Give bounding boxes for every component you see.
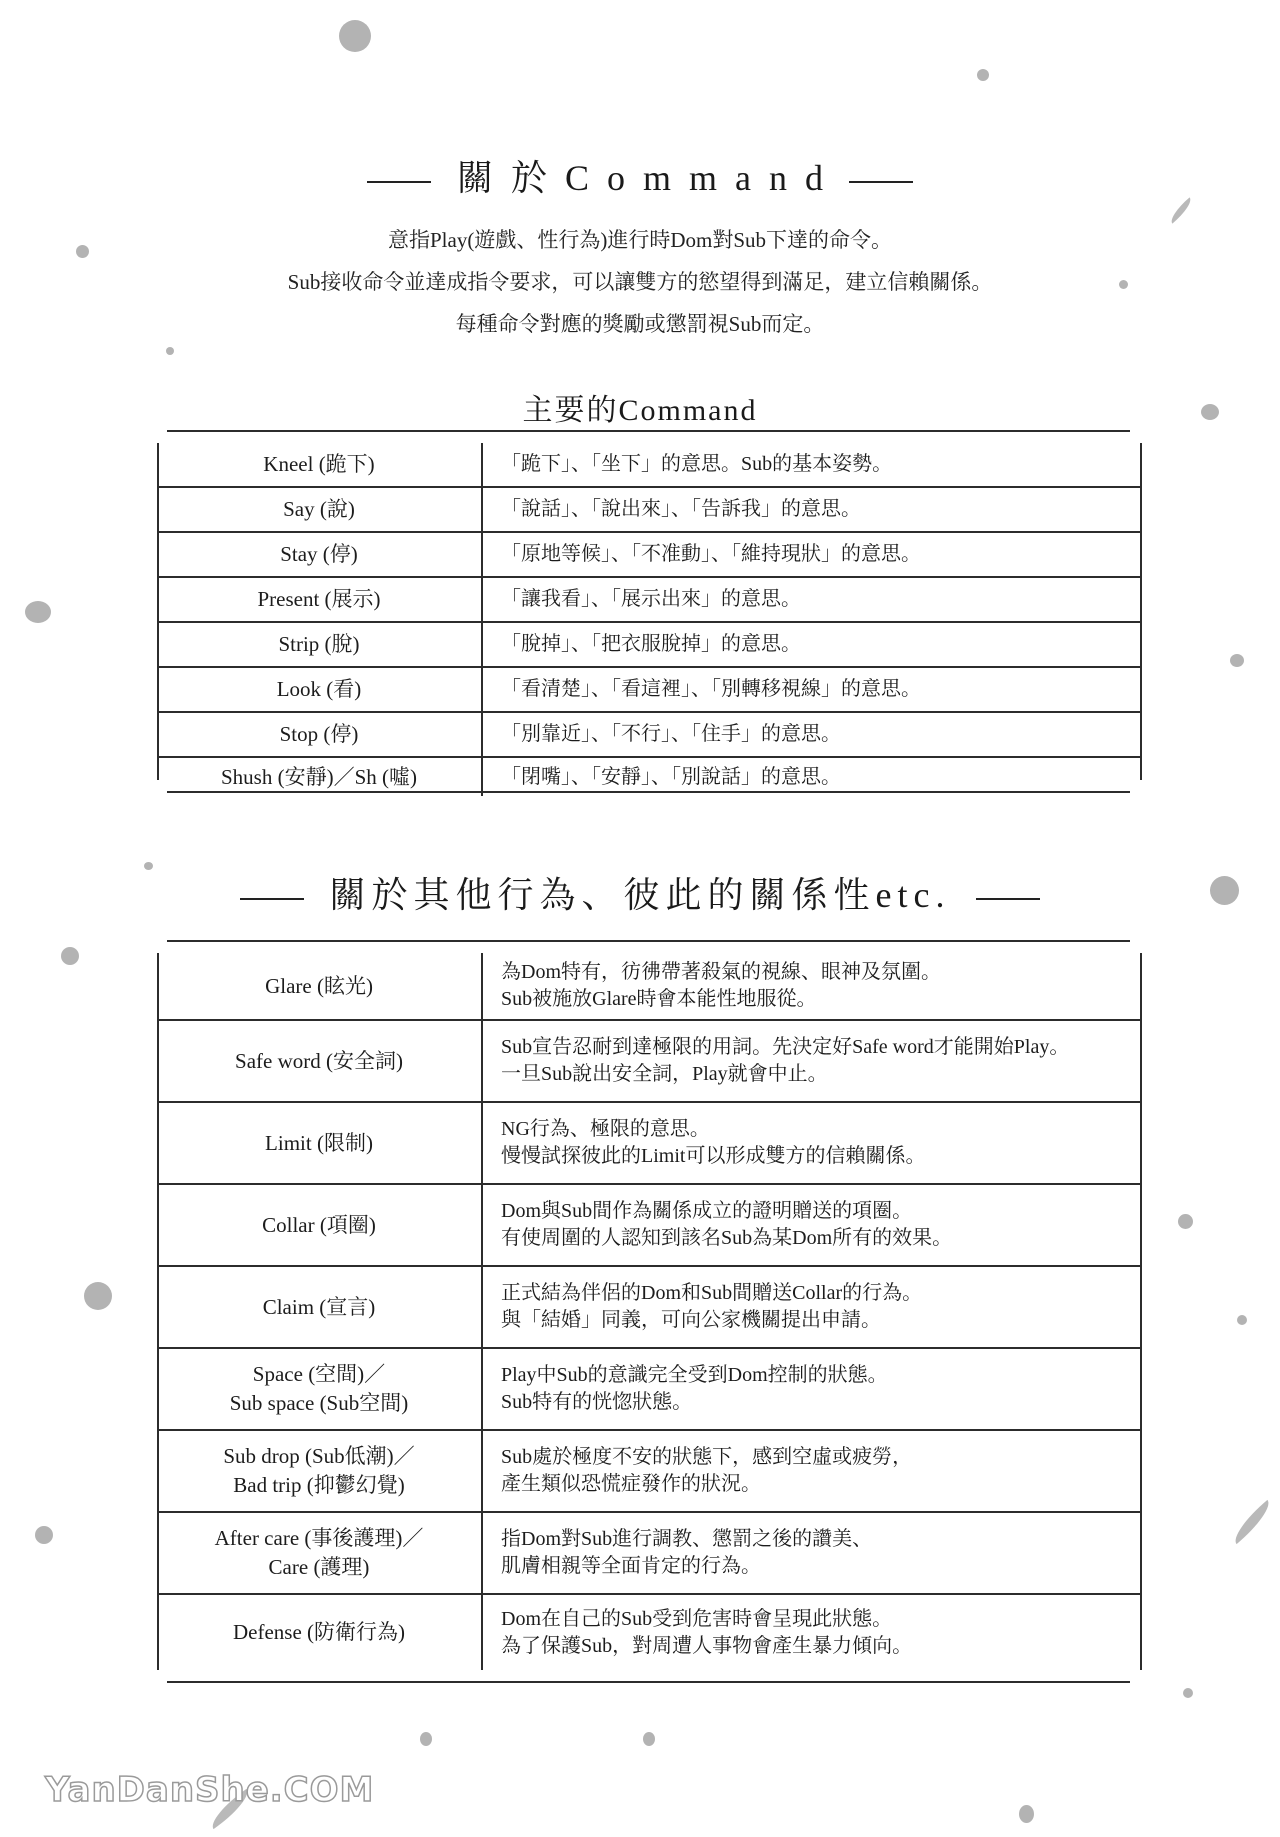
table-row: Strip (脫)「脫掉」、「把衣服脫掉」的意思。	[157, 623, 1142, 668]
intro-line: 意指Play(遊戲、性行為)進行時Dom對Sub下達的命令。	[0, 219, 1280, 261]
section-title: 關於Command	[457, 158, 841, 198]
desc-line: Dom與Sub間作為關係成立的證明贈送的項圈。	[501, 1198, 1142, 1225]
table-row: Shush (安靜)／Sh (噓)「閉嘴」、「安靜」、「別說話」的意思。	[157, 758, 1142, 796]
heading-rule-left	[367, 181, 431, 183]
section-title: 關於其他行為、彼此的關係性etc.	[330, 875, 951, 915]
desc-line: 「跪下」、「坐下」的意思。Sub的基本姿勢。	[501, 451, 1142, 478]
command-desc: 「脫掉」、「把衣服脫掉」的意思。	[483, 623, 1142, 666]
table-row: Say (說)「說話」、「說出來」、「告訴我」的意思。	[157, 488, 1142, 533]
decor-dot	[977, 69, 989, 81]
command-desc: 「閉嘴」、「安靜」、「別說話」的意思。	[483, 758, 1142, 796]
table-title: 主要的Command	[0, 385, 1280, 429]
decor-dot	[166, 347, 174, 355]
term-name: Space (空間)／Sub space (Sub空間)	[157, 1349, 483, 1429]
table-row: Claim (宣言)正式結為伴侶的Dom和Sub間贈送Collar的行為。與「結…	[157, 1267, 1142, 1349]
decor-dot	[1178, 1214, 1193, 1229]
table-top-rule	[167, 940, 1130, 942]
term-desc: 指Dom對Sub進行調教、懲罰之後的讚美、肌膚相親等全面肯定的行為。	[483, 1513, 1142, 1593]
command-term: Stop (停)	[157, 713, 483, 756]
decor-dot	[643, 1732, 655, 1746]
term-desc: Sub處於極度不安的狀態下，感到空虛或疲勞，產生類似恐慌症發作的狀況。	[483, 1431, 1142, 1511]
term-name: Claim (宣言)	[157, 1267, 483, 1347]
term-line: Bad trip (抑鬱幻覺)	[233, 1471, 404, 1500]
decor-dot	[1237, 1315, 1247, 1325]
desc-line: 指Dom對Sub進行調教、懲罰之後的讚美、	[501, 1526, 1142, 1553]
term-line: After care (事後護理)／	[215, 1524, 424, 1553]
table-row: Collar (項圈)Dom與Sub間作為關係成立的證明贈送的項圈。有使周圍的人…	[157, 1185, 1142, 1267]
term-line: Sub space (Sub空間)	[230, 1389, 408, 1418]
term-line: Collar (項圈)	[262, 1211, 376, 1240]
term-name: Safe word (安全詞)	[157, 1021, 483, 1101]
table-row: Space (空間)／Sub space (Sub空間)Play中Sub的意識完…	[157, 1349, 1142, 1431]
term-line: Glare (眩光)	[265, 972, 373, 1001]
desc-line: 「閉嘴」、「安靜」、「別說話」的意思。	[501, 764, 1142, 791]
command-desc: 「讓我看」、「展示出來」的意思。	[483, 578, 1142, 621]
watermark-logo: YanDanShe.COM	[45, 1770, 374, 1810]
table-row: Sub drop (Sub低潮)／Bad trip (抑鬱幻覺)Sub處於極度不…	[157, 1431, 1142, 1513]
command-term: Look (看)	[157, 668, 483, 711]
term-line: Space (空間)／	[253, 1360, 385, 1389]
term-name: Collar (項圈)	[157, 1185, 483, 1265]
term-line: Limit (限制)	[265, 1129, 373, 1158]
decor-dot	[1230, 654, 1244, 667]
table-row: Limit (限制)NG行為、極限的意思。慢慢試探彼此的Limit可以形成雙方的…	[157, 1103, 1142, 1185]
decor-dot	[339, 20, 371, 52]
desc-line: 「說話」、「說出來」、「告訴我」的意思。	[501, 496, 1142, 523]
section-heading-relations: 關於其他行為、彼此的關係性etc.	[0, 867, 1280, 918]
command-desc: 「原地等候」、「不准動」、「維持現狀」的意思。	[483, 533, 1142, 576]
intro-paragraph: 意指Play(遊戲、性行為)進行時Dom對Sub下達的命令。 Sub接收命令並達…	[0, 219, 1280, 345]
desc-line: Dom在自己的Sub受到危害時會呈現此狀態。	[501, 1606, 1142, 1633]
decor-dot	[61, 947, 79, 965]
term-line: Claim (宣言)	[263, 1293, 376, 1322]
term-desc: Sub宣告忍耐到達極限的用詞。先決定好Safe word才能開始Play。一旦S…	[483, 1021, 1142, 1101]
table-top-rule	[167, 430, 1130, 432]
desc-line: Sub被施放Glare時會本能性地服從。	[501, 986, 1142, 1013]
intro-line: Sub接收命令並達成指令要求，可以讓雙方的慾望得到滿足，建立信賴關係。	[0, 261, 1280, 303]
table-row: Look (看)「看清楚」、「看這裡」、「別轉移視線」的意思。	[157, 668, 1142, 713]
desc-line: 產生類似恐慌症發作的狀況。	[501, 1471, 1142, 1498]
desc-line: Sub特有的恍惚狀態。	[501, 1389, 1142, 1416]
term-name: Defense (防衛行為)	[157, 1595, 483, 1670]
desc-line: 一旦Sub說出安全詞，Play就會中止。	[501, 1061, 1142, 1088]
table-row: Stay (停)「原地等候」、「不准動」、「維持現狀」的意思。	[157, 533, 1142, 578]
decor-dot	[25, 601, 51, 623]
command-desc: 「說話」、「說出來」、「告訴我」的意思。	[483, 488, 1142, 531]
table-row: Kneel (跪下)「跪下」、「坐下」的意思。Sub的基本姿勢。	[157, 443, 1142, 488]
command-term: Shush (安靜)／Sh (噓)	[157, 758, 483, 796]
table-row: Present (展示)「讓我看」、「展示出來」的意思。	[157, 578, 1142, 623]
command-desc: 「跪下」、「坐下」的意思。Sub的基本姿勢。	[483, 443, 1142, 486]
desc-line: 與「結婚」同義，可向公家機關提出申請。	[501, 1307, 1142, 1334]
desc-line: 「讓我看」、「展示出來」的意思。	[501, 586, 1142, 613]
decor-leaf	[1228, 1500, 1277, 1544]
desc-line: 有使周圍的人認知到該名Sub為某Dom所有的效果。	[501, 1225, 1142, 1252]
term-desc: NG行為、極限的意思。慢慢試探彼此的Limit可以形成雙方的信賴關係。	[483, 1103, 1142, 1183]
terms-table: Glare (眩光)為Dom特有，彷彿帶著殺氣的視線、眼神及氛圍。Sub被施放G…	[157, 953, 1142, 1670]
term-line: Sub drop (Sub低潮)／	[223, 1442, 414, 1471]
desc-line: 「原地等候」、「不准動」、「維持現狀」的意思。	[501, 541, 1142, 568]
term-desc: 正式結為伴侶的Dom和Sub間贈送Collar的行為。與「結婚」同義，可向公家機…	[483, 1267, 1142, 1347]
desc-line: 「別靠近」、「不行」、「住手」的意思。	[501, 721, 1142, 748]
term-name: Sub drop (Sub低潮)／Bad trip (抑鬱幻覺)	[157, 1431, 483, 1511]
term-line: Defense (防衛行為)	[233, 1618, 405, 1647]
term-name: Glare (眩光)	[157, 953, 483, 1019]
desc-line: 肌膚相親等全面肯定的行為。	[501, 1553, 1142, 1580]
desc-line: Sub宣告忍耐到達極限的用詞。先決定好Safe word才能開始Play。	[501, 1034, 1142, 1061]
desc-line: Play中Sub的意識完全受到Dom控制的狀態。	[501, 1362, 1142, 1389]
heading-rule-right	[976, 898, 1040, 900]
term-name: Limit (限制)	[157, 1103, 483, 1183]
intro-line: 每種命令對應的獎勵或懲罰視Sub而定。	[0, 303, 1280, 345]
desc-line: 為Dom特有，彷彿帶著殺氣的視線、眼神及氛圍。	[501, 959, 1142, 986]
command-term: Say (說)	[157, 488, 483, 531]
heading-rule-right	[849, 181, 913, 183]
desc-line: 慢慢試探彼此的Limit可以形成雙方的信賴關係。	[501, 1143, 1142, 1170]
term-name: After care (事後護理)／Care (護理)	[157, 1513, 483, 1593]
table-row: Defense (防衛行為)Dom在自己的Sub受到危害時會呈現此狀態。為了保護…	[157, 1595, 1142, 1670]
desc-line: NG行為、極限的意思。	[501, 1116, 1142, 1143]
decor-dot	[1183, 1688, 1193, 1698]
term-desc: Dom與Sub間作為關係成立的證明贈送的項圈。有使周圍的人認知到該名Sub為某D…	[483, 1185, 1142, 1265]
decor-dot	[35, 1526, 53, 1544]
command-table: Kneel (跪下)「跪下」、「坐下」的意思。Sub的基本姿勢。 Say (說)…	[157, 443, 1142, 796]
desc-line: 正式結為伴侶的Dom和Sub間贈送Collar的行為。	[501, 1280, 1142, 1307]
table-row: Safe word (安全詞)Sub宣告忍耐到達極限的用詞。先決定好Safe w…	[157, 1021, 1142, 1103]
desc-line: Sub處於極度不安的狀態下，感到空虛或疲勞，	[501, 1444, 1142, 1471]
desc-line: 「看清楚」、「看這裡」、「別轉移視線」的意思。	[501, 676, 1142, 703]
table-bottom-rule	[167, 1681, 1130, 1683]
command-term: Present (展示)	[157, 578, 483, 621]
decor-dot	[1019, 1805, 1034, 1823]
command-desc: 「別靠近」、「不行」、「住手」的意思。	[483, 713, 1142, 756]
table-row: After care (事後護理)／Care (護理)指Dom對Sub進行調教、…	[157, 1513, 1142, 1595]
term-desc: 為Dom特有，彷彿帶著殺氣的視線、眼神及氛圍。Sub被施放Glare時會本能性地…	[483, 953, 1142, 1019]
command-term: Strip (脫)	[157, 623, 483, 666]
section-heading-command: 關於Command	[0, 150, 1280, 201]
term-desc: Play中Sub的意識完全受到Dom控制的狀態。Sub特有的恍惚狀態。	[483, 1349, 1142, 1429]
table-row: Glare (眩光)為Dom特有，彷彿帶著殺氣的視線、眼神及氛圍。Sub被施放G…	[157, 953, 1142, 1021]
command-desc: 「看清楚」、「看這裡」、「別轉移視線」的意思。	[483, 668, 1142, 711]
command-term: Kneel (跪下)	[157, 443, 483, 486]
desc-line: 為了保護Sub，對周遭人事物會產生暴力傾向。	[501, 1633, 1142, 1660]
term-line: Safe word (安全詞)	[235, 1047, 403, 1076]
term-desc: Dom在自己的Sub受到危害時會呈現此狀態。為了保護Sub，對周遭人事物會產生暴…	[483, 1595, 1142, 1670]
decor-dot	[420, 1732, 432, 1746]
heading-rule-left	[240, 898, 304, 900]
table-row: Stop (停)「別靠近」、「不行」、「住手」的意思。	[157, 713, 1142, 758]
desc-line: 「脫掉」、「把衣服脫掉」的意思。	[501, 631, 1142, 658]
decor-dot	[84, 1282, 112, 1310]
term-line: Care (護理)	[269, 1553, 370, 1582]
command-term: Stay (停)	[157, 533, 483, 576]
